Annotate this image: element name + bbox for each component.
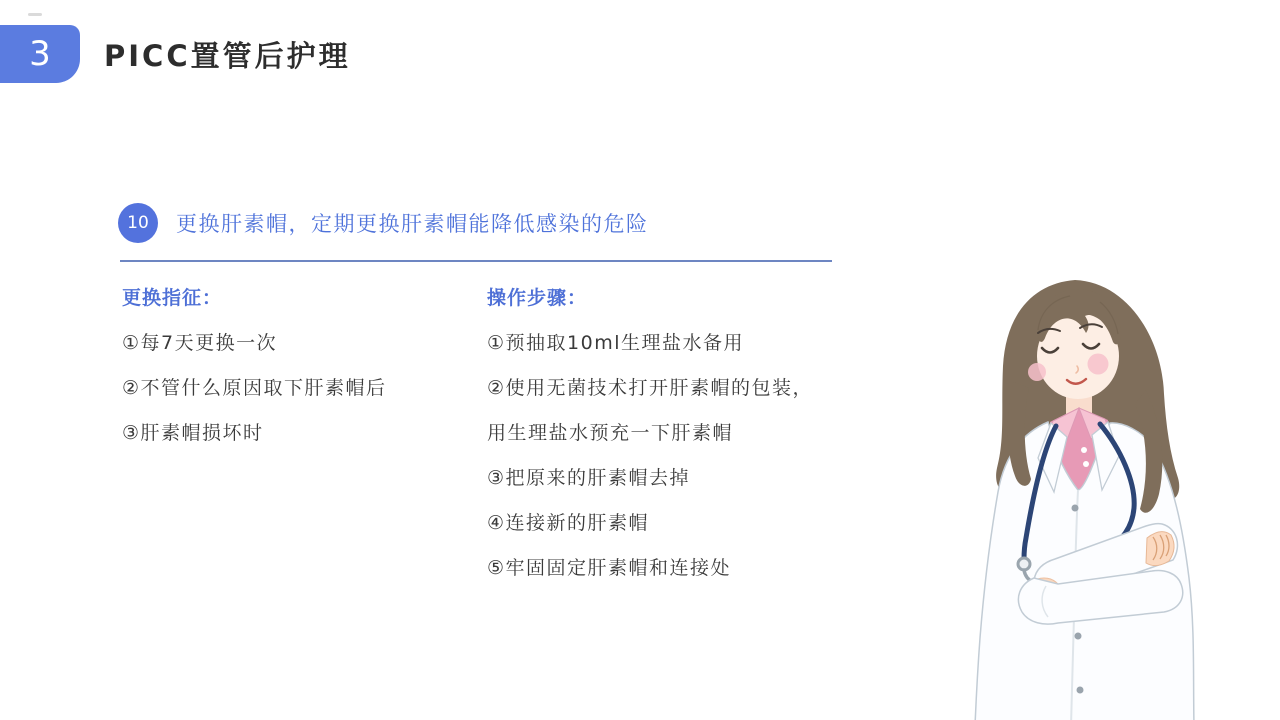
point-heading: 更换肝素帽，定期更换肝素帽能降低感染的危险 [176, 208, 649, 238]
left-column: 更换指征： ①每7天更换一次 ②不管什么原因取下肝素帽后 ③肝素帽损坏时 [122, 276, 462, 456]
point-heading-row: 10 更换肝素帽，定期更换肝素帽能降低感染的危险 [118, 203, 649, 243]
decor-mark [28, 13, 42, 16]
section-number: 3 [29, 34, 51, 74]
list-item: ②不管什么原因取下肝素帽后 [122, 366, 462, 411]
doctor-illustration [950, 276, 1280, 720]
heading-divider [120, 260, 832, 262]
left-column-header: 更换指征： [122, 276, 462, 321]
list-item: ⑤牢固固定肝素帽和连接处 [487, 546, 817, 591]
list-item: ①每7天更换一次 [122, 321, 462, 366]
section-number-tab: 3 [0, 25, 80, 83]
female-doctor-graphic [950, 276, 1280, 720]
point-number: 10 [127, 213, 149, 233]
point-number-badge: 10 [118, 203, 158, 243]
right-column: 操作步骤： ①预抽取10ml生理盐水备用 ②使用无菌技术打开肝素帽的包装，用生理… [487, 276, 817, 591]
list-item: ③把原来的肝素帽去掉 [487, 456, 817, 501]
slide: 3 PICC置管后护理 10 更换肝素帽，定期更换肝素帽能降低感染的危险 更换指… [0, 0, 1280, 720]
list-item: ②使用无菌技术打开肝素帽的包装，用生理盐水预充一下肝素帽 [487, 366, 817, 456]
list-item: ④连接新的肝素帽 [487, 501, 817, 546]
list-item: ①预抽取10ml生理盐水备用 [487, 321, 817, 366]
page-title: PICC置管后护理 [104, 25, 351, 83]
right-column-header: 操作步骤： [487, 276, 817, 321]
list-item: ③肝素帽损坏时 [122, 411, 462, 456]
